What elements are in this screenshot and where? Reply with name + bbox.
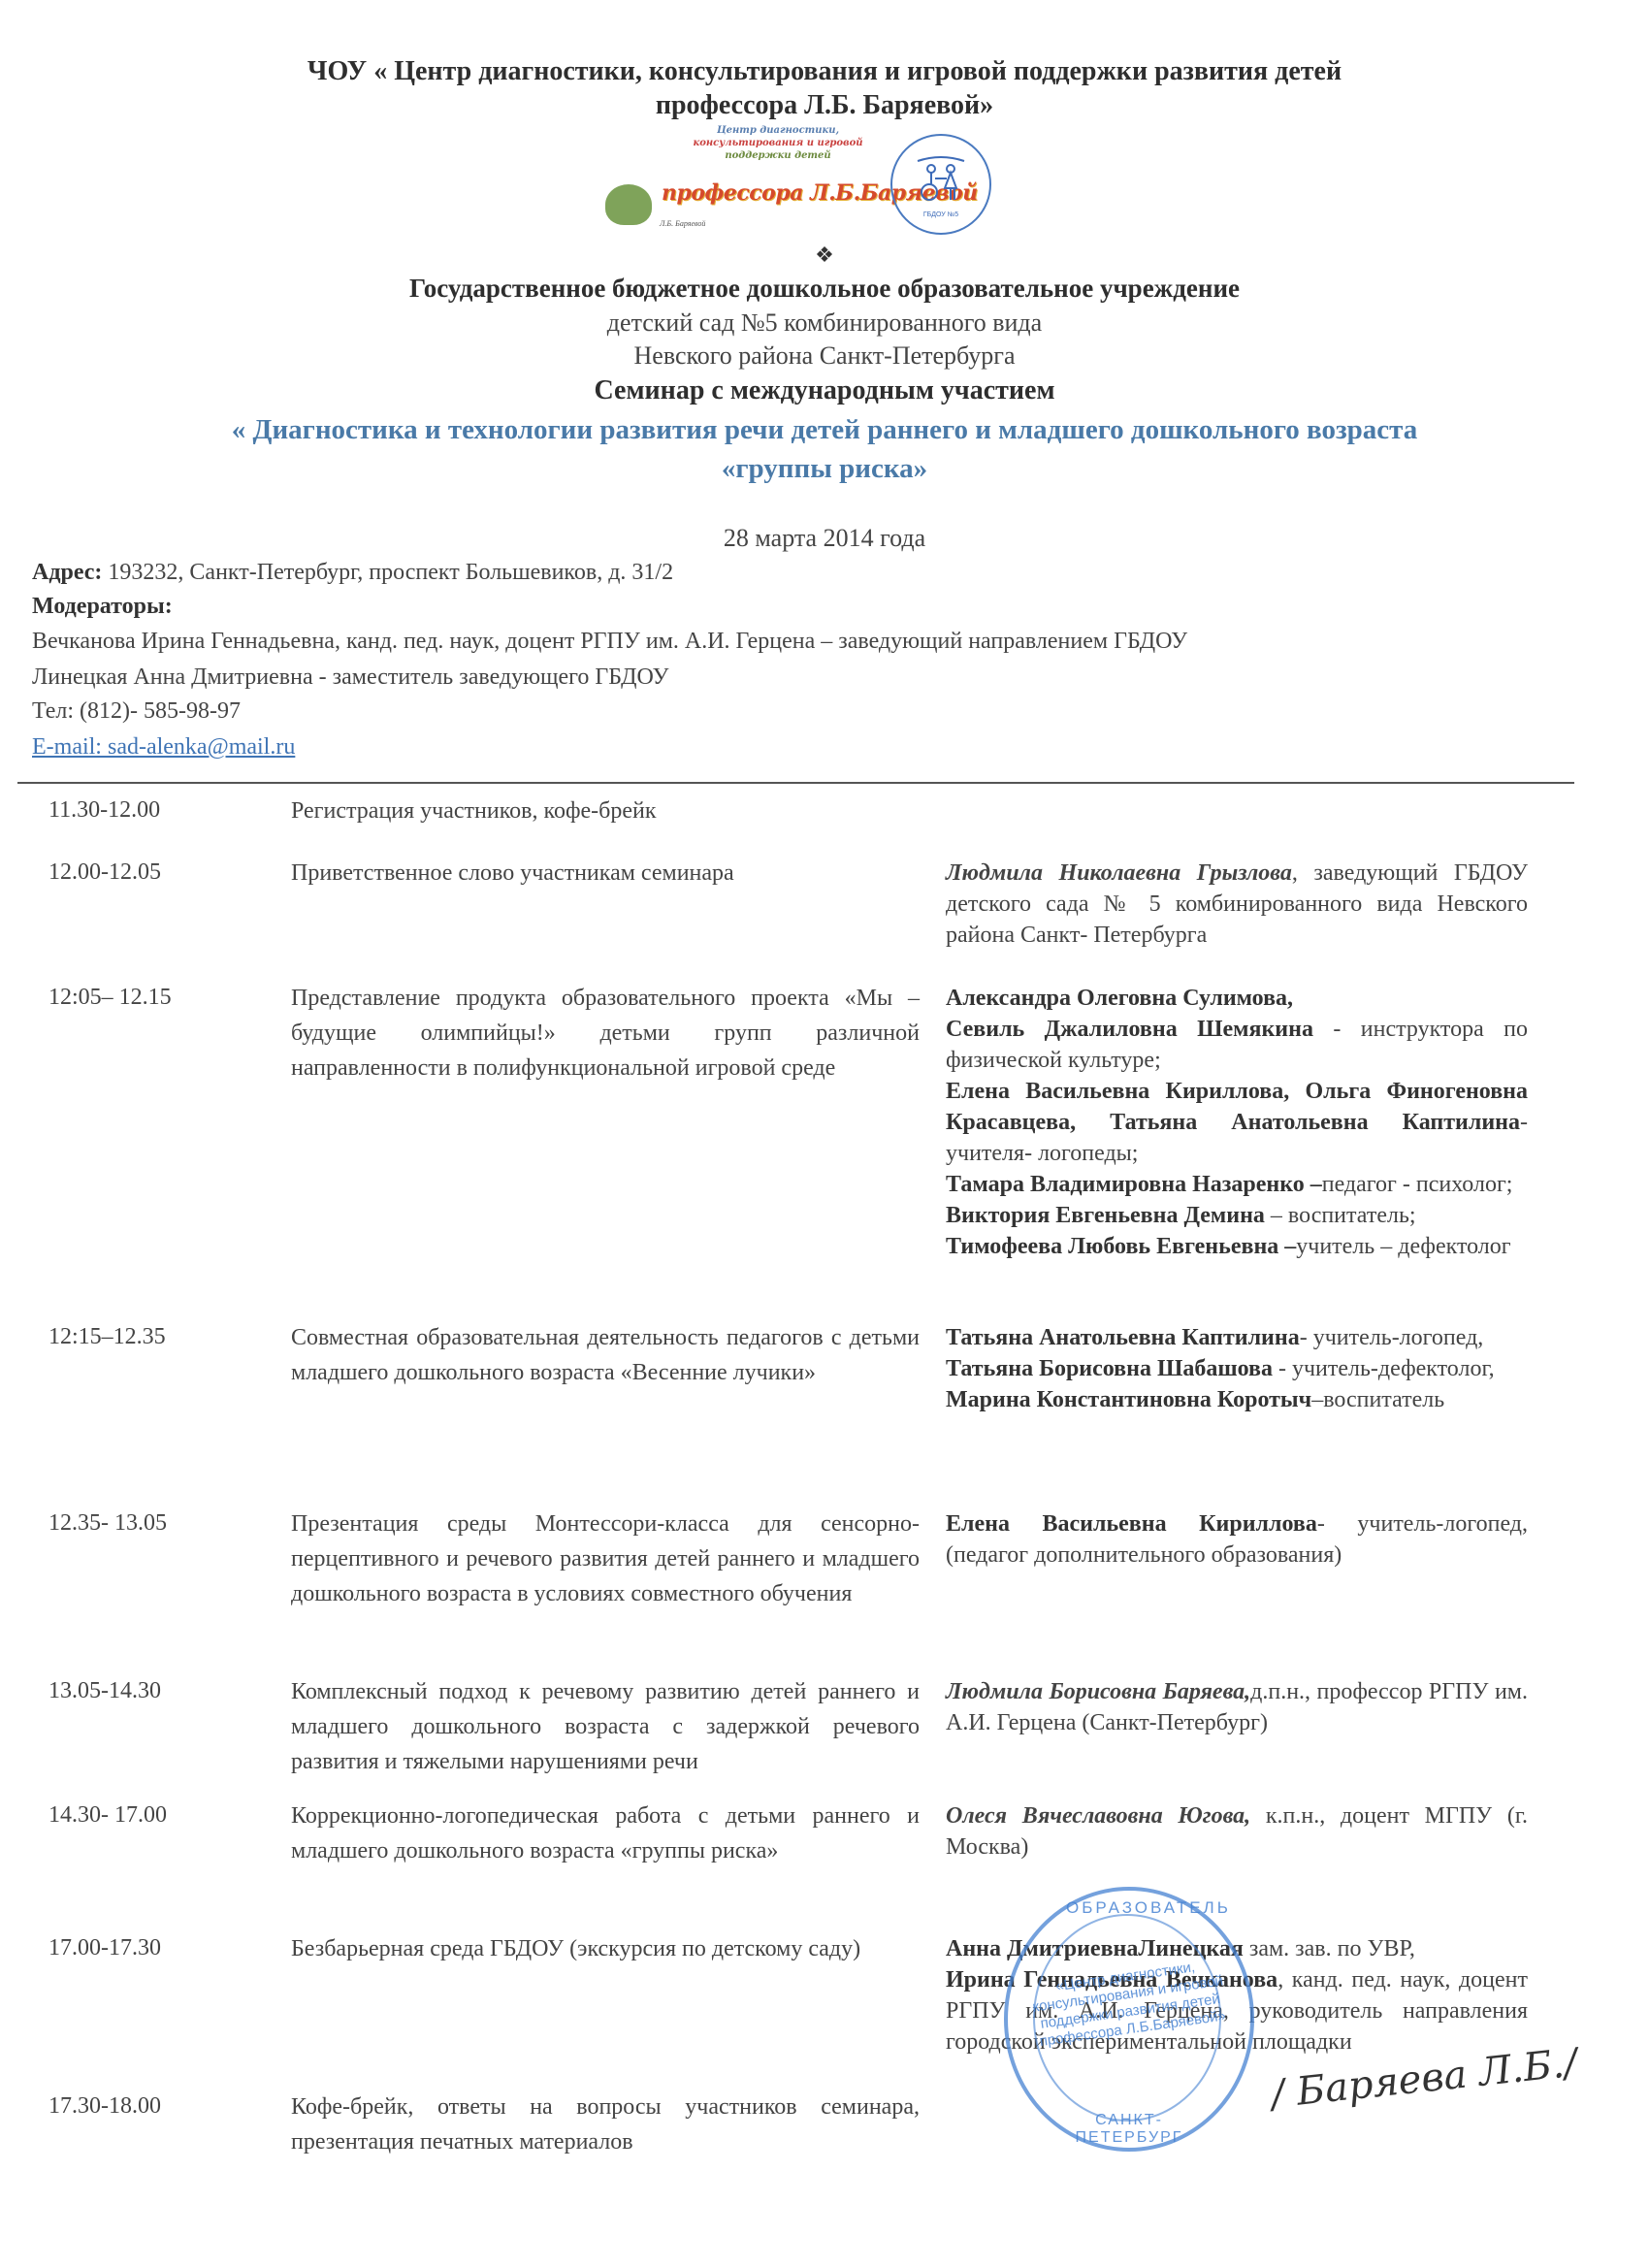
speaker-name: Тимофеева Любовь Евгеньевна –: [946, 1234, 1296, 1259]
seminar-date: 28 марта 2014 года: [0, 524, 1649, 553]
speaker-role: зам. зав. по УВР,: [1244, 1936, 1415, 1961]
address: Адрес: 193232, Санкт-Петербург, проспект…: [32, 560, 673, 586]
institution-line2: детский сад №5 комбинированного вида: [0, 308, 1649, 338]
speaker-role: – воспитатель;: [1265, 1203, 1416, 1228]
schedule-time: 17.00-17.30: [48, 1935, 161, 1961]
schedule-activity: Приветственное слово участникам семинара: [291, 856, 920, 891]
logo-sub: Л.Б. Баряевой: [660, 219, 705, 228]
speaker-name: Марина Константиновна Коротыч: [946, 1387, 1311, 1412]
phone: Тел: (812)- 585-98-97: [32, 698, 241, 725]
speaker-role: –воспитатель: [1311, 1387, 1444, 1412]
schedule-activity: Презентация среды Монтессори-класса для …: [291, 1507, 920, 1611]
schedule-time: 17.30-18.00: [48, 2093, 161, 2120]
speaker-name: Елена Васильевна Кириллова: [946, 1511, 1317, 1537]
schedule-activity: Представление продукта образовательного …: [291, 981, 920, 1085]
moderator-2: Линецкая Анна Дмитриевна - заместитель з…: [32, 664, 669, 691]
moderators-heading: Модераторы:: [32, 594, 173, 619]
seminar-title-line2: «группы риска»: [0, 453, 1649, 485]
schedule-time: 12.00-12.05: [48, 859, 161, 886]
address-value: 193232, Санкт-Петербург, проспект Больше…: [102, 560, 673, 585]
speaker-name: Татьяна Анатольевна Каптилина: [946, 1325, 1300, 1350]
kindergarten-logo-icon: ГБДОУ №5: [890, 134, 991, 235]
seminar-title-line1: « Диагностика и технологии развития речи…: [0, 414, 1649, 446]
speaker-name: Виктория Евгеньевна Демина: [946, 1203, 1265, 1228]
logo-line3: поддержки детей: [632, 149, 923, 162]
schedule-time: 11.30-12.00: [48, 797, 160, 824]
speaker-name: Елена Васильевна Кириллова, Ольга Финоге…: [946, 1079, 1528, 1135]
schedule-activity: Безбарьерная среда ГБДОУ (экскурсия по д…: [291, 1931, 920, 1966]
divider: [17, 782, 1574, 784]
speaker-role: - учитель-логопед,: [1300, 1325, 1484, 1350]
schedule-speakers: Олеся Вячеславовна Югова, к.п.н., доцент…: [946, 1800, 1528, 1863]
snail-logo-icon: [605, 184, 652, 225]
speaker: Людмила Борисовна Баряева,д.п.н., профес…: [946, 1676, 1528, 1738]
schedule-activity: Кофе-брейк, ответы на вопросы участников…: [291, 2090, 920, 2159]
logos: Центр диагностики, консультирования и иг…: [594, 124, 1050, 241]
schedule-activity: Коррекционно-логопедическая работа с дет…: [291, 1798, 920, 1868]
schedule-time: 12:15–12.35: [48, 1324, 166, 1350]
schedule-speakers: Татьяна Анатольевна Каптилина- учитель-л…: [946, 1322, 1528, 1415]
speaker: Тамара Владимировна Назаренко –педагог -…: [946, 1169, 1528, 1200]
logo-line2: консультирования и игровой: [632, 137, 923, 149]
schedule-speakers: Людмила Николаевна Грызлова, заведующий …: [946, 858, 1528, 951]
email-link[interactable]: E-mail: sad-alenka@mail.ru: [32, 734, 295, 761]
schedule-time: 13.05-14.30: [48, 1678, 161, 1704]
speaker: Людмила Николаевна Грызлова, заведующий …: [946, 858, 1528, 951]
speaker: Татьяна Борисовна Шабашова - учитель-деф…: [946, 1353, 1528, 1384]
speaker: Виктория Евгеньевна Демина – воспитатель…: [946, 1200, 1528, 1231]
org-title-line1: ЧОУ « Центр диагностики, консультировани…: [0, 56, 1649, 87]
speaker-name: Людмила Николаевна Грызлова: [946, 860, 1292, 886]
kindergarten-logo-label: ГБДОУ №5: [892, 211, 989, 218]
schedule-speakers: Елена Васильевна Кириллова- учитель-лого…: [946, 1508, 1528, 1571]
speaker: Александра Олеговна Сулимова,: [946, 983, 1528, 1014]
speaker-role: - учитель-дефектолог,: [1273, 1356, 1495, 1381]
schedule-speakers: Людмила Борисовна Баряева,д.п.н., профес…: [946, 1676, 1528, 1738]
moderator-1: Вечканова Ирина Геннадьевна, канд. пед. …: [32, 629, 1187, 655]
separator-diamond-icon: ❖: [0, 243, 1649, 268]
speaker: Марина Константиновна Коротыч–воспитател…: [946, 1384, 1528, 1415]
speaker-role: учитель – дефектолог: [1296, 1234, 1510, 1259]
schedule-activity: Комплексный подход к речевому развитию д…: [291, 1674, 920, 1779]
schedule-time: 14.30- 17.00: [48, 1802, 167, 1829]
speaker-role: педагог - психолог;: [1322, 1172, 1513, 1197]
speaker-name: Людмила Борисовна Баряева,: [946, 1679, 1250, 1704]
moderators-label: Модераторы:: [32, 594, 173, 620]
speaker-name: Тамара Владимировна Назаренко –: [946, 1172, 1322, 1197]
institution-name: Государственное бюджетное дошкольное обр…: [0, 274, 1649, 304]
schedule-time: 12:05– 12.15: [48, 985, 172, 1011]
speaker-name: Севиль Джалиловна Шемякина: [946, 1017, 1313, 1042]
speaker: Татьяна Анатольевна Каптилина- учитель-л…: [946, 1322, 1528, 1353]
speaker-name: Татьяна Борисовна Шабашова: [946, 1356, 1273, 1381]
institution-line3: Невского района Санкт-Петербурга: [0, 341, 1649, 371]
org-title-line2: профессора Л.Б. Баряевой»: [0, 90, 1649, 121]
schedule-activity: Регистрация участников, кофе-брейк: [291, 794, 920, 828]
seminar-heading: Семинар с международным участием: [0, 375, 1649, 406]
children-figures-icon: [914, 153, 968, 204]
center-logo-text: Центр диагностики, консультирования и иг…: [632, 124, 923, 162]
schedule-speakers: Александра Олеговна Сулимова,Севиль Джал…: [946, 983, 1528, 1262]
speaker-name: Александра Олеговна Сулимова,: [946, 986, 1293, 1011]
speaker-name: Олеся Вячеславовна Югова,: [946, 1803, 1250, 1829]
schedule-activity: Совместная образовательная деятельность …: [291, 1320, 920, 1390]
speaker: Олеся Вячеславовна Югова, к.п.н., доцент…: [946, 1800, 1528, 1863]
schedule-time: 12.35- 13.05: [48, 1510, 167, 1537]
official-stamp: ОБРАЗОВАТЕЛЬ «Центр диагностики, консуль…: [1004, 1887, 1254, 2152]
logo-line1: Центр диагностики,: [632, 124, 923, 137]
speaker: Тимофеева Любовь Евгеньевна –учитель – д…: [946, 1231, 1528, 1262]
stamp-bottom-text: САНКТ-ПЕТЕРБУРГ: [1056, 2112, 1202, 2147]
speaker: Елена Васильевна Кириллова- учитель-лого…: [946, 1508, 1528, 1571]
speaker: Севиль Джалиловна Шемякина - инструктора…: [946, 1014, 1528, 1076]
speaker: Елена Васильевна Кириллова, Ольга Финоге…: [946, 1076, 1528, 1169]
address-label: Адрес:: [32, 560, 102, 585]
